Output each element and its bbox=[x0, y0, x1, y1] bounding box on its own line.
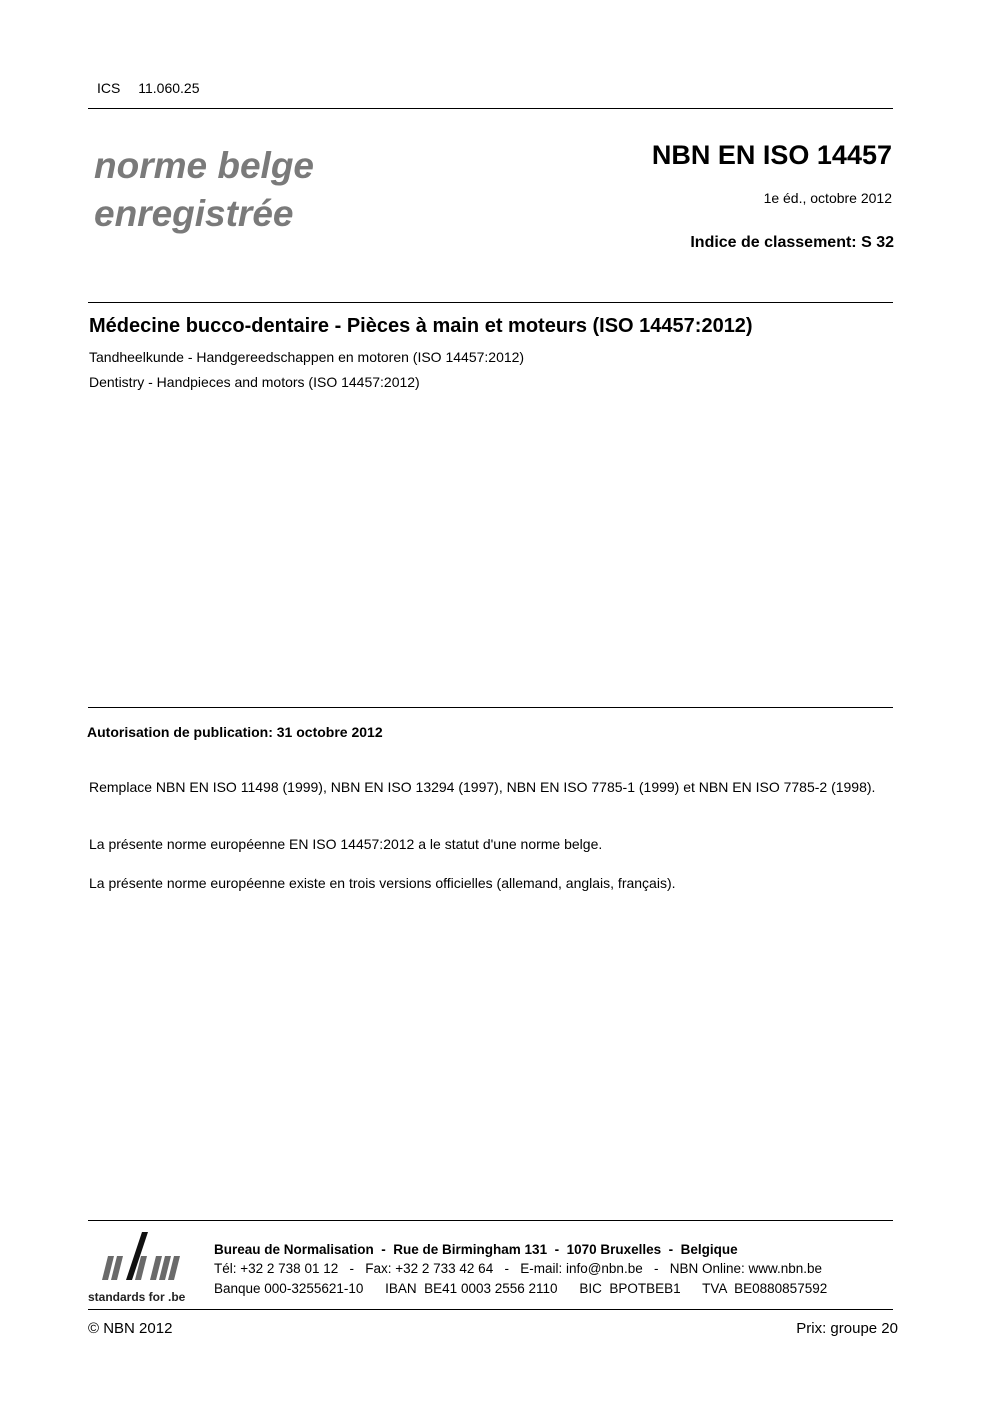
publication-authorization: Autorisation de publication: 31 octobre … bbox=[87, 724, 383, 740]
ics-label: ICS bbox=[97, 80, 120, 96]
norme-belge-heading: norme belge enregistrée bbox=[94, 142, 314, 238]
logo-tagline: standards for .be bbox=[88, 1290, 185, 1304]
versions-paragraph: La présente norme européenne existe en t… bbox=[89, 874, 889, 893]
divider-top bbox=[88, 108, 893, 109]
status-paragraph: La présente norme européenne EN ISO 1445… bbox=[89, 835, 889, 854]
nbn-logo: standards for .be bbox=[88, 1228, 198, 1304]
divider-bottom bbox=[88, 1309, 893, 1310]
bank-account: Banque 000-3255621-10 bbox=[214, 1281, 363, 1296]
standard-number: NBN EN ISO 14457 bbox=[652, 140, 892, 171]
divider-publication bbox=[88, 707, 893, 708]
footer-address: Bureau de Normalisation - Rue de Birming… bbox=[214, 1242, 738, 1257]
edition: 1e éd., octobre 2012 bbox=[764, 190, 892, 206]
classification-index: Indice de classement: S 32 bbox=[690, 234, 894, 252]
vat-number: TVA BE0880857592 bbox=[702, 1281, 827, 1296]
iban: IBAN BE41 0003 2556 2110 bbox=[385, 1281, 557, 1296]
title-english: Dentistry - Handpieces and motors (ISO 1… bbox=[89, 374, 420, 390]
replaces-paragraph: Remplace NBN EN ISO 11498 (1999), NBN EN… bbox=[89, 778, 889, 797]
nbn-logo-icon bbox=[88, 1228, 198, 1288]
copyright: © NBN 2012 bbox=[88, 1320, 172, 1337]
title-dutch: Tandheelkunde - Handgereedschappen en mo… bbox=[89, 349, 524, 365]
bic: BIC BPOTBEB1 bbox=[579, 1281, 680, 1296]
divider-title bbox=[88, 302, 893, 303]
ics-classification: ICS 11.060.25 bbox=[97, 80, 199, 96]
footer-bank-details: Banque 000-3255621-10 IBAN BE41 0003 255… bbox=[214, 1281, 845, 1296]
footer-contact: Tél: +32 2 738 01 12 - Fax: +32 2 733 42… bbox=[214, 1261, 822, 1276]
norme-line-1: norme belge bbox=[94, 142, 314, 190]
norme-line-2: enregistrée bbox=[94, 190, 314, 238]
price-group: Prix: groupe 20 bbox=[796, 1320, 898, 1337]
divider-footer bbox=[88, 1220, 893, 1221]
ics-code: 11.060.25 bbox=[138, 80, 199, 96]
title-french: Médecine bucco-dentaire - Pièces à main … bbox=[89, 315, 753, 338]
